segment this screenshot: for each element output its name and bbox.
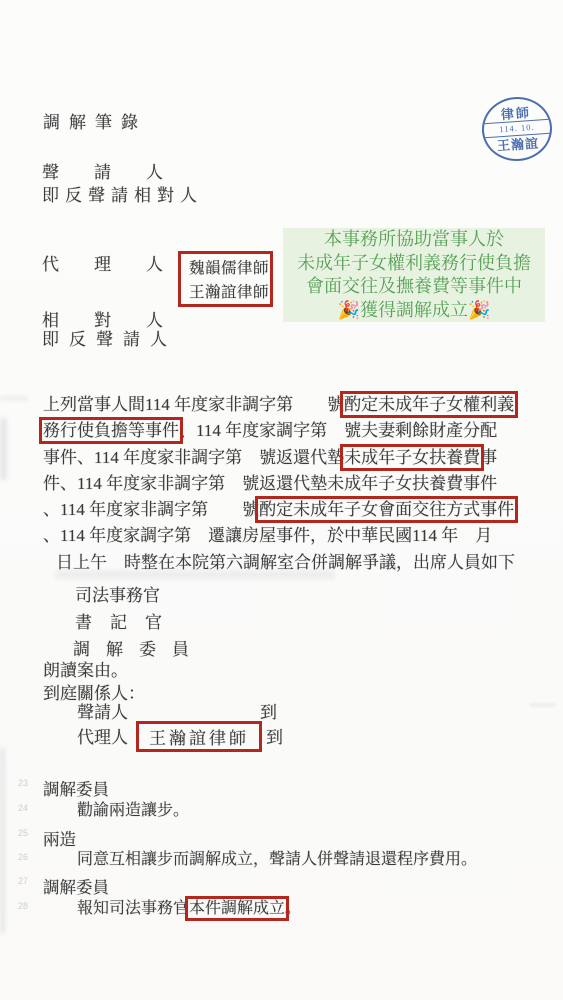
promo-annotation: 本事務所協助當事人於 未成年子女權利義務行使負擔 會面交往及撫養費等事件中 🎉獲… bbox=[283, 228, 545, 322]
judicial-officer-label: 司法事務官 bbox=[75, 586, 160, 606]
annotation-line: 本事務所協助當事人於 bbox=[324, 228, 504, 252]
attendee-label: 聲請人 bbox=[77, 703, 128, 723]
case-line: 件、114 年度家非調字第 號返還代墊未成年子女扶養費事件 bbox=[43, 471, 515, 497]
agent-names-highlight-box: 魏韻儒律師 王瀚誼律師 bbox=[178, 251, 273, 307]
scan-artifact bbox=[0, 748, 5, 933]
agent-label: 代理人 bbox=[42, 255, 198, 275]
annotation-line: 🎉獲得調解成立🎉 bbox=[338, 299, 491, 323]
scan-artifact bbox=[0, 418, 7, 480]
case-text: 事 bbox=[480, 448, 497, 467]
highlight-box: 務行使負擔等事件 bbox=[43, 421, 179, 440]
case-line: 上列當事人間114 年度家非調字第 號酌定未成年子女權利義 bbox=[43, 392, 515, 418]
statement-text: 。 bbox=[285, 900, 301, 917]
statement-line: 勸諭兩造讓步。 bbox=[77, 801, 189, 820]
agent-name-highlight-box: 王瀚誼律師 bbox=[136, 721, 262, 752]
scan-artifact bbox=[0, 396, 28, 401]
highlight-box: 酌定未成年子女會面交往方式事件 bbox=[259, 500, 514, 519]
line-number: 23 bbox=[18, 778, 28, 788]
line-number: 26 bbox=[18, 852, 28, 862]
attending-agent-name: 王瀚誼律師 bbox=[149, 724, 249, 749]
case-paragraph: 上列當事人間114 年度家非調字第 號酌定未成年子女權利義 務行使負擔等事件、1… bbox=[43, 392, 515, 576]
applicant-attendance-row: 聲請人 到 bbox=[0, 703, 563, 725]
highlight-box: 未成年子女扶養費 bbox=[344, 448, 480, 467]
annotation-line: 未成年子女權利義務行使負擔 bbox=[297, 252, 531, 276]
agent-attendance-row: 代理人 到 bbox=[0, 728, 563, 750]
agent-name: 王瀚誼律師 bbox=[189, 281, 270, 305]
speaker-label: 調解委員 bbox=[43, 874, 109, 898]
respondent-subtitle: 即反聲請人 bbox=[42, 330, 177, 350]
highlight-box: 酌定未成年子女權利義 bbox=[344, 395, 514, 414]
case-line: 、114 年度家調字第 遷讓房屋事件，於中華民國114 年 月 bbox=[43, 523, 515, 549]
case-text: 、114 年度家非調字第 號 bbox=[43, 500, 259, 519]
case-line: 務行使負擔等事件、114 年度家調字第 號夫妻剩餘財產分配 bbox=[43, 418, 515, 444]
case-text: 上列當事人間114 年度家非調字第 號 bbox=[43, 395, 344, 414]
stamp-name: 王瀚誼 bbox=[485, 134, 552, 162]
annotation-line: 會面交往及撫養費等事件中 bbox=[306, 275, 522, 299]
respondent-label: 相對人 bbox=[42, 311, 198, 331]
line-number: 27 bbox=[18, 876, 28, 886]
case-line: 、114 年度家非調字第 號酌定未成年子女會面交往方式事件 bbox=[43, 497, 515, 523]
read-case-line: 朗讀案由。 bbox=[43, 661, 128, 681]
scanned-document-page: 調解筆錄 律師 114. 10. 王瀚誼 聲請人 即反聲請相對人 代理人 魏韻儒… bbox=[0, 0, 563, 1000]
attendee-label: 代理人 bbox=[77, 728, 128, 748]
statement-line: 同意互相讓步而調解成立，聲請人併聲請退還程序費用。 bbox=[77, 850, 477, 869]
line-number: 24 bbox=[18, 803, 28, 813]
applicant-label: 聲請人 bbox=[42, 163, 198, 183]
case-text: 、114 年度家調字第 號夫妻剩餘財產分配 bbox=[179, 421, 497, 440]
clerk-label: 書記官 bbox=[75, 613, 180, 633]
agent-name: 魏韻儒律師 bbox=[189, 257, 270, 281]
statement-text: 報知司法事務官 bbox=[77, 900, 189, 917]
attendance-status: 到 bbox=[260, 703, 277, 723]
statement-line: 報知司法事務官本件調解成立。 bbox=[77, 899, 301, 918]
highlight-box: 本件調解成立 bbox=[189, 900, 285, 917]
case-line: 日上午 時整在本院第六調解室合併調解爭議，出席人員如下 bbox=[43, 550, 515, 576]
page-title: 調解筆錄 bbox=[43, 113, 147, 133]
mediator-label: 調解委員 bbox=[73, 640, 205, 660]
line-number: 28 bbox=[18, 901, 28, 911]
attendance-status: 到 bbox=[266, 728, 283, 748]
speaker-label: 兩造 bbox=[43, 826, 76, 850]
lawyer-stamp: 律師 114. 10. 王瀚誼 bbox=[480, 95, 554, 164]
line-number: 25 bbox=[18, 828, 28, 838]
case-line: 事件、114 年度家非調字第 號返還代墊未成年子女扶養費事 bbox=[43, 445, 515, 471]
speaker-label: 調解委員 bbox=[43, 776, 109, 800]
applicant-subtitle: 即反聲請相對人 bbox=[42, 186, 203, 206]
case-text: 事件、114 年度家非調字第 號返還代墊 bbox=[43, 448, 344, 467]
attendees-header: 到庭關係人： bbox=[43, 684, 145, 704]
